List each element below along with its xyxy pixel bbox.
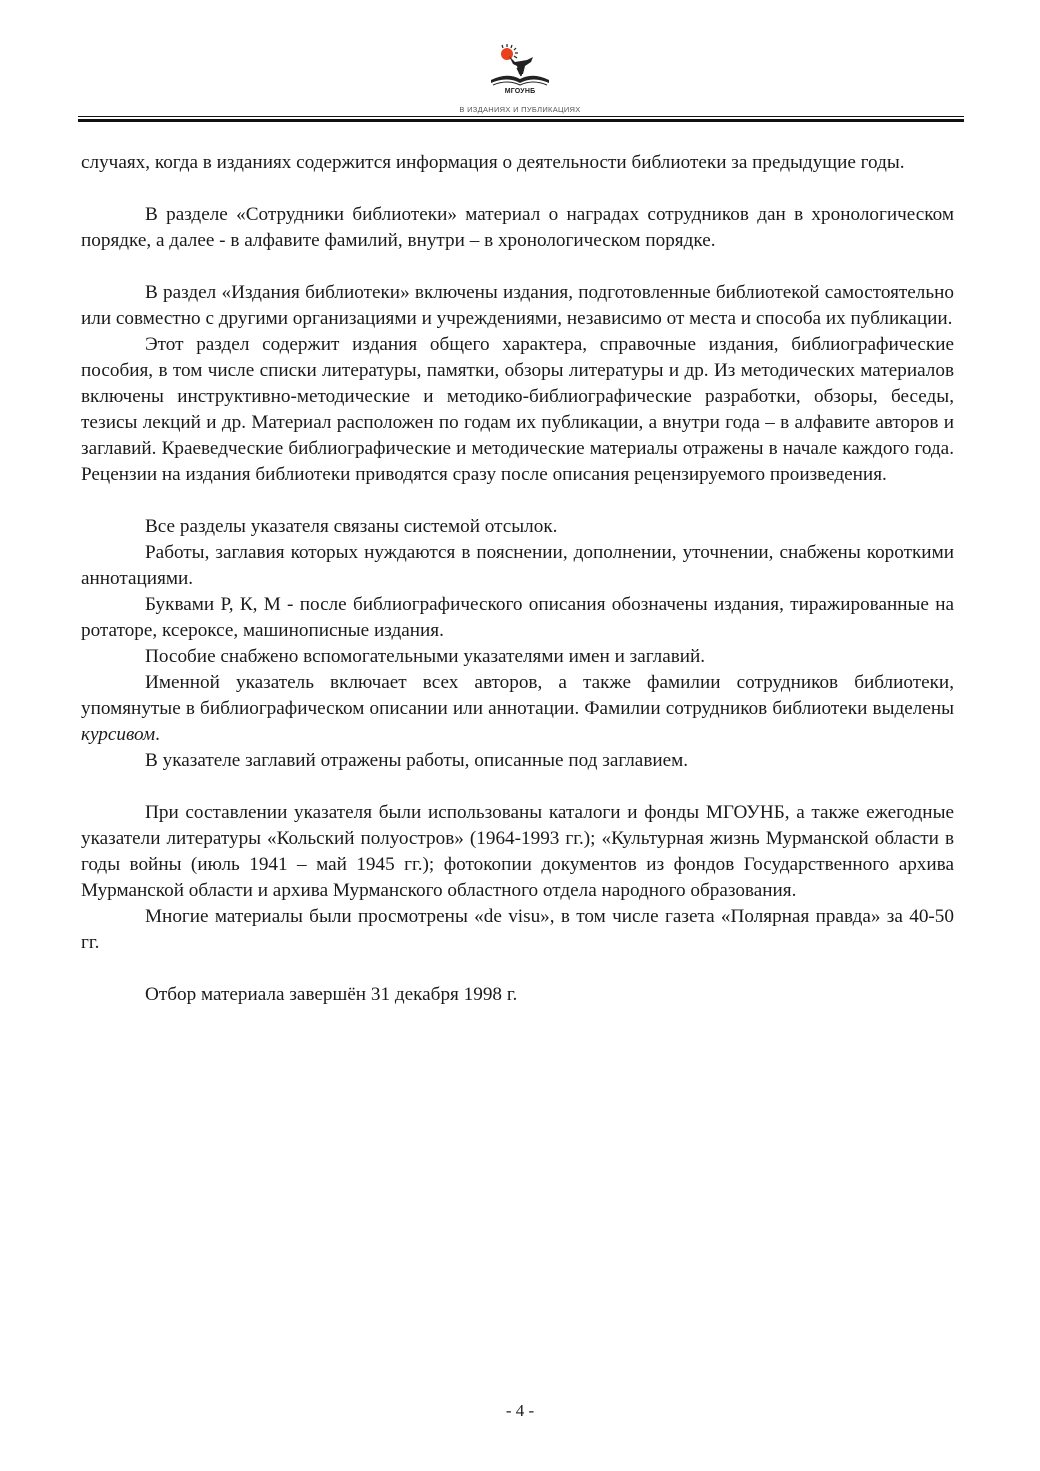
- paragraph: случаях, когда в изданиях содержится инф…: [81, 150, 954, 176]
- paragraph: В указателе заглавий отражены работы, оп…: [81, 748, 954, 774]
- header-subtitle: В ИЗДАНИЯХ И ПУБЛИКАЦИЯХ: [0, 105, 1040, 114]
- document-body: случаях, когда в изданиях содержится инф…: [81, 150, 954, 1008]
- completion-note: Отбор материала завершён 31 декабря 1998…: [81, 982, 954, 1008]
- paragraph: Этот раздел содержит издания общего хара…: [81, 332, 954, 488]
- page-number: - 4 -: [0, 1401, 1040, 1421]
- paragraph: В раздел «Издания библиотеки» включены и…: [81, 280, 954, 332]
- mgounb-logo-icon: [487, 42, 553, 88]
- paragraph-text: Именной указатель включает всех авторов,…: [81, 672, 954, 719]
- paragraph-gap: [81, 176, 954, 202]
- page-header: МГОУНБ В ИЗДАНИЯХ И ПУБЛИКАЦИЯХ: [0, 0, 1040, 130]
- paragraph-gap: [81, 956, 954, 982]
- paragraph: Именной указатель включает всех авторов,…: [81, 670, 954, 748]
- paragraph-gap: [81, 488, 954, 514]
- paragraph-gap: [81, 254, 954, 280]
- paragraph: Многие материалы были просмотрены «de vi…: [81, 904, 954, 956]
- paragraph: В разделе «Сотрудники библиотеки» матери…: [81, 202, 954, 254]
- paragraph: Работы, заглавия которых нуждаются в поя…: [81, 540, 954, 592]
- paragraph: Буквами Р, К, М - после библиографическо…: [81, 592, 954, 644]
- paragraph: Пособие снабжено вспомогательными указат…: [81, 644, 954, 670]
- italic-emphasis: курсивом: [81, 724, 155, 745]
- paragraph: При составлении указателя были использов…: [81, 800, 954, 904]
- paragraph-text: .: [155, 724, 160, 745]
- paragraph: Все разделы указателя связаны системой о…: [81, 514, 954, 540]
- header-divider-thin: [78, 116, 964, 117]
- paragraph-gap: [81, 774, 954, 800]
- logo-text: МГОУНБ: [0, 88, 1040, 95]
- header-divider-thick: [78, 119, 964, 122]
